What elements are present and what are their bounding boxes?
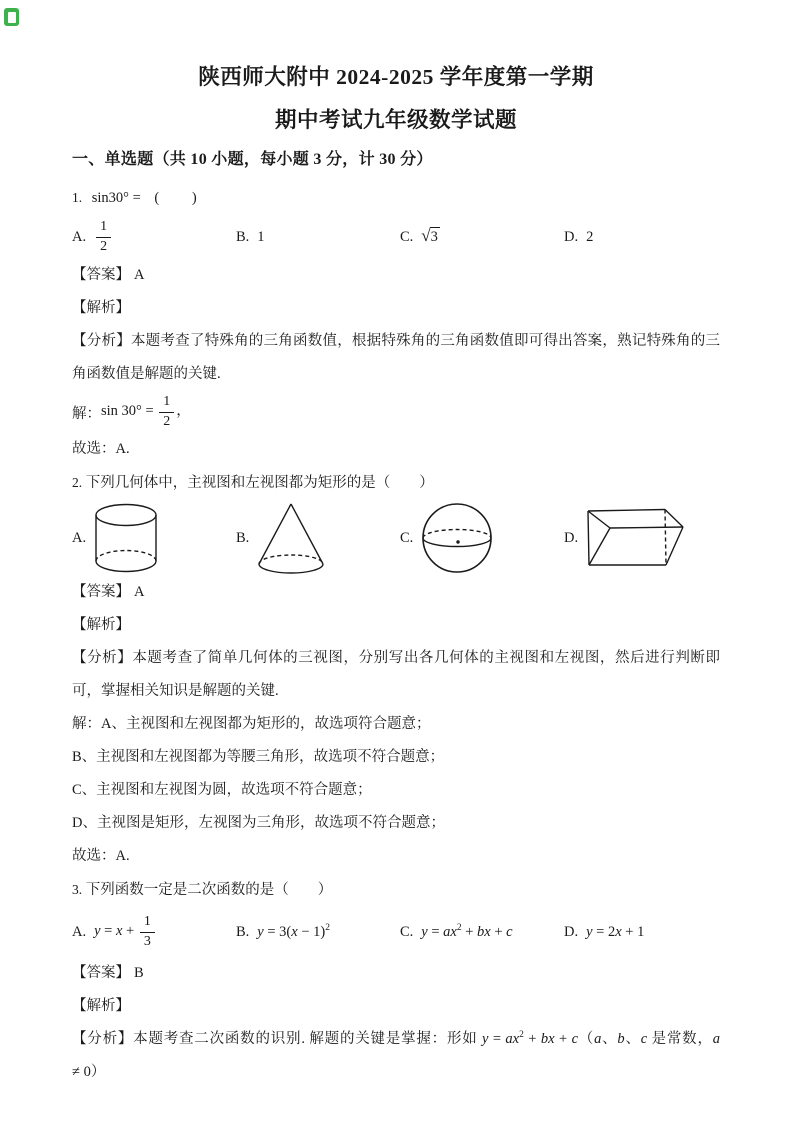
answer-tag: 【答案】: [72, 965, 130, 981]
comment-tag: 【分析】: [72, 1031, 133, 1047]
option-label: B.: [236, 229, 249, 246]
question-2-text: 下列几何体中，主视图和左视图都为矩形的是（ ）: [86, 475, 434, 491]
question-1-option-c: C. √3: [400, 227, 564, 246]
question-1-answer-blank: ( ): [154, 190, 196, 206]
question-3-option-b: B. y = 3(x − 1)2: [236, 924, 400, 941]
page-subtitle: 期中考试九年级数学试题: [72, 105, 720, 135]
option-label: B.: [236, 924, 249, 941]
option-value: y = ax2 + bx + c: [421, 924, 512, 941]
option-label: D.: [564, 229, 578, 246]
question-2-analysis-tag-line: 【解析】: [72, 609, 720, 642]
question-3-comment: 【分析】本题考查二次函数的识别. 解题的关键是掌握：形如 y = ax2 + b…: [72, 1023, 720, 1089]
question-1-comment: 【分析】本题考查了特殊角的三角函数值，根据特殊角的三角函数值即可得出答案，熟记特…: [72, 325, 720, 391]
option-label: D.: [564, 924, 578, 941]
question-2-solution-line: B、主视图和左视图都为等腰三角形，故选项不符合题意；: [72, 741, 720, 774]
figure-label: B.: [236, 530, 249, 547]
question-2-comment: 【分析】本题考查了简单几何体的三视图，分别写出各几何体的主视图和左视图，然后进行…: [72, 642, 720, 708]
answer-tag: 【答案】: [72, 267, 130, 283]
section-heading: 一、单选题（共 10 小题，每小题 3 分，计 30 分）: [72, 143, 720, 176]
comment-text: 本题考查了特殊角的三角函数值，根据特殊角的三角函数值即可得出答案，熟记特殊角的三…: [72, 333, 720, 382]
question-3-option-a: A. y = x + 13: [72, 914, 236, 949]
cylinder-figure: [94, 503, 158, 573]
answer-value: A: [134, 267, 144, 283]
question-3-analysis-tag-line: 【解析】: [72, 990, 720, 1023]
question-1-option-b: B. 1: [236, 229, 400, 246]
question-2-figure-b: B.: [236, 501, 400, 575]
question-1-option-d: D. 2: [564, 229, 593, 246]
option-label: A.: [72, 229, 86, 246]
question-3-options-row: A. y = x + 13 B. y = 3(x − 1)2 C. y = ax…: [72, 907, 720, 957]
prism-figure: [586, 508, 686, 568]
question-1-options-row: A. 12 B. 1 C. √3 D. 2: [72, 215, 720, 259]
analysis-tag: 【解析】: [72, 617, 130, 633]
analysis-tag: 【解析】: [72, 998, 130, 1014]
question-1-number: 1.: [72, 190, 82, 205]
comment-text: 本题考查了简单几何体的三视图，分别写出各几何体的主视图和左视图，然后进行判断即可…: [72, 650, 720, 699]
question-3-option-c: C. y = ax2 + bx + c: [400, 924, 564, 941]
analysis-tag: 【解析】: [72, 300, 130, 316]
option-value: 1: [257, 229, 264, 246]
figure-label: A.: [72, 530, 86, 547]
question-2-stem: 2. 下列几何体中，主视图和左视图都为矩形的是（ ）: [72, 466, 720, 500]
solution-prefix: 解：: [72, 402, 101, 423]
option-label: A.: [72, 924, 86, 941]
question-2-answer-line: 【答案】A: [72, 576, 720, 609]
option-label: C.: [400, 924, 413, 941]
question-1-expression: sin30° =: [92, 190, 145, 206]
option-value: y = x + 13: [94, 914, 157, 949]
question-1-answer-line: 【答案】A: [72, 259, 720, 292]
question-2-figure-d: D.: [564, 508, 686, 568]
answer-value: B: [134, 965, 144, 981]
question-2-solution-line: D、主视图是矩形，左视图为三角形，故选项不符合题意；: [72, 807, 720, 840]
question-3-text: 下列函数一定是二次函数的是（ ）: [86, 882, 333, 898]
question-2-solution-line: C、主视图和左视图为圆，故选项不符合题意；: [72, 774, 720, 807]
option-label: C.: [400, 229, 413, 246]
option-value: √3: [421, 227, 440, 246]
comment-tag: 【分析】: [72, 333, 131, 349]
question-2-conclusion: 故选：A.: [72, 840, 720, 873]
exam-document-page: 陕西师大附中 2024-2025 学年度第一学期 期中考试九年级数学试题 一、单…: [0, 0, 793, 1122]
option-value: 2: [586, 229, 593, 246]
question-1-option-a: A. 12: [72, 219, 236, 254]
question-1-conclusion: 故选：A.: [72, 433, 720, 466]
question-3-answer-line: 【答案】B: [72, 957, 720, 990]
question-2-figure-c: C.: [400, 502, 564, 574]
question-1-stem: 1. sin30° = ( ): [72, 181, 720, 215]
figure-label: D.: [564, 530, 578, 547]
option-value: 12: [94, 219, 113, 254]
question-3-number: 3.: [72, 882, 82, 897]
answer-value: A: [134, 584, 144, 600]
question-2-number: 2.: [72, 475, 82, 490]
sphere-figure: [421, 502, 493, 574]
question-3-stem: 3. 下列函数一定是二次函数的是（ ）: [72, 873, 720, 907]
solution-expression: sin 30° = 12，: [101, 394, 191, 429]
question-2-solution-line: 解：A、主视图和左视图都为矩形的，故选项符合题意；: [72, 708, 720, 741]
comment-text: 本题考查二次函数的识别. 解题的关键是掌握：形如 y = ax2 + bx + …: [72, 1031, 720, 1080]
answer-tag: 【答案】: [72, 584, 130, 600]
question-3-option-d: D. y = 2x + 1: [564, 924, 644, 941]
comment-tag: 【分析】: [72, 650, 132, 666]
option-value: y = 2x + 1: [586, 924, 644, 941]
question-1-analysis-tag-line: 【解析】: [72, 292, 720, 325]
figure-label: C.: [400, 530, 413, 547]
question-2-figure-a: A.: [72, 503, 236, 573]
badge-sheet-glyph: [8, 12, 16, 23]
question-2-figures-row: A. B. C.: [72, 500, 720, 576]
green-doc-badge-icon: [4, 8, 19, 26]
question-1-solution: 解： sin 30° = 12，: [72, 391, 720, 433]
page-title: 陕西师大附中 2024-2025 学年度第一学期: [72, 62, 720, 92]
option-value: y = 3(x − 1)2: [257, 924, 330, 941]
cone-figure: [257, 501, 325, 575]
